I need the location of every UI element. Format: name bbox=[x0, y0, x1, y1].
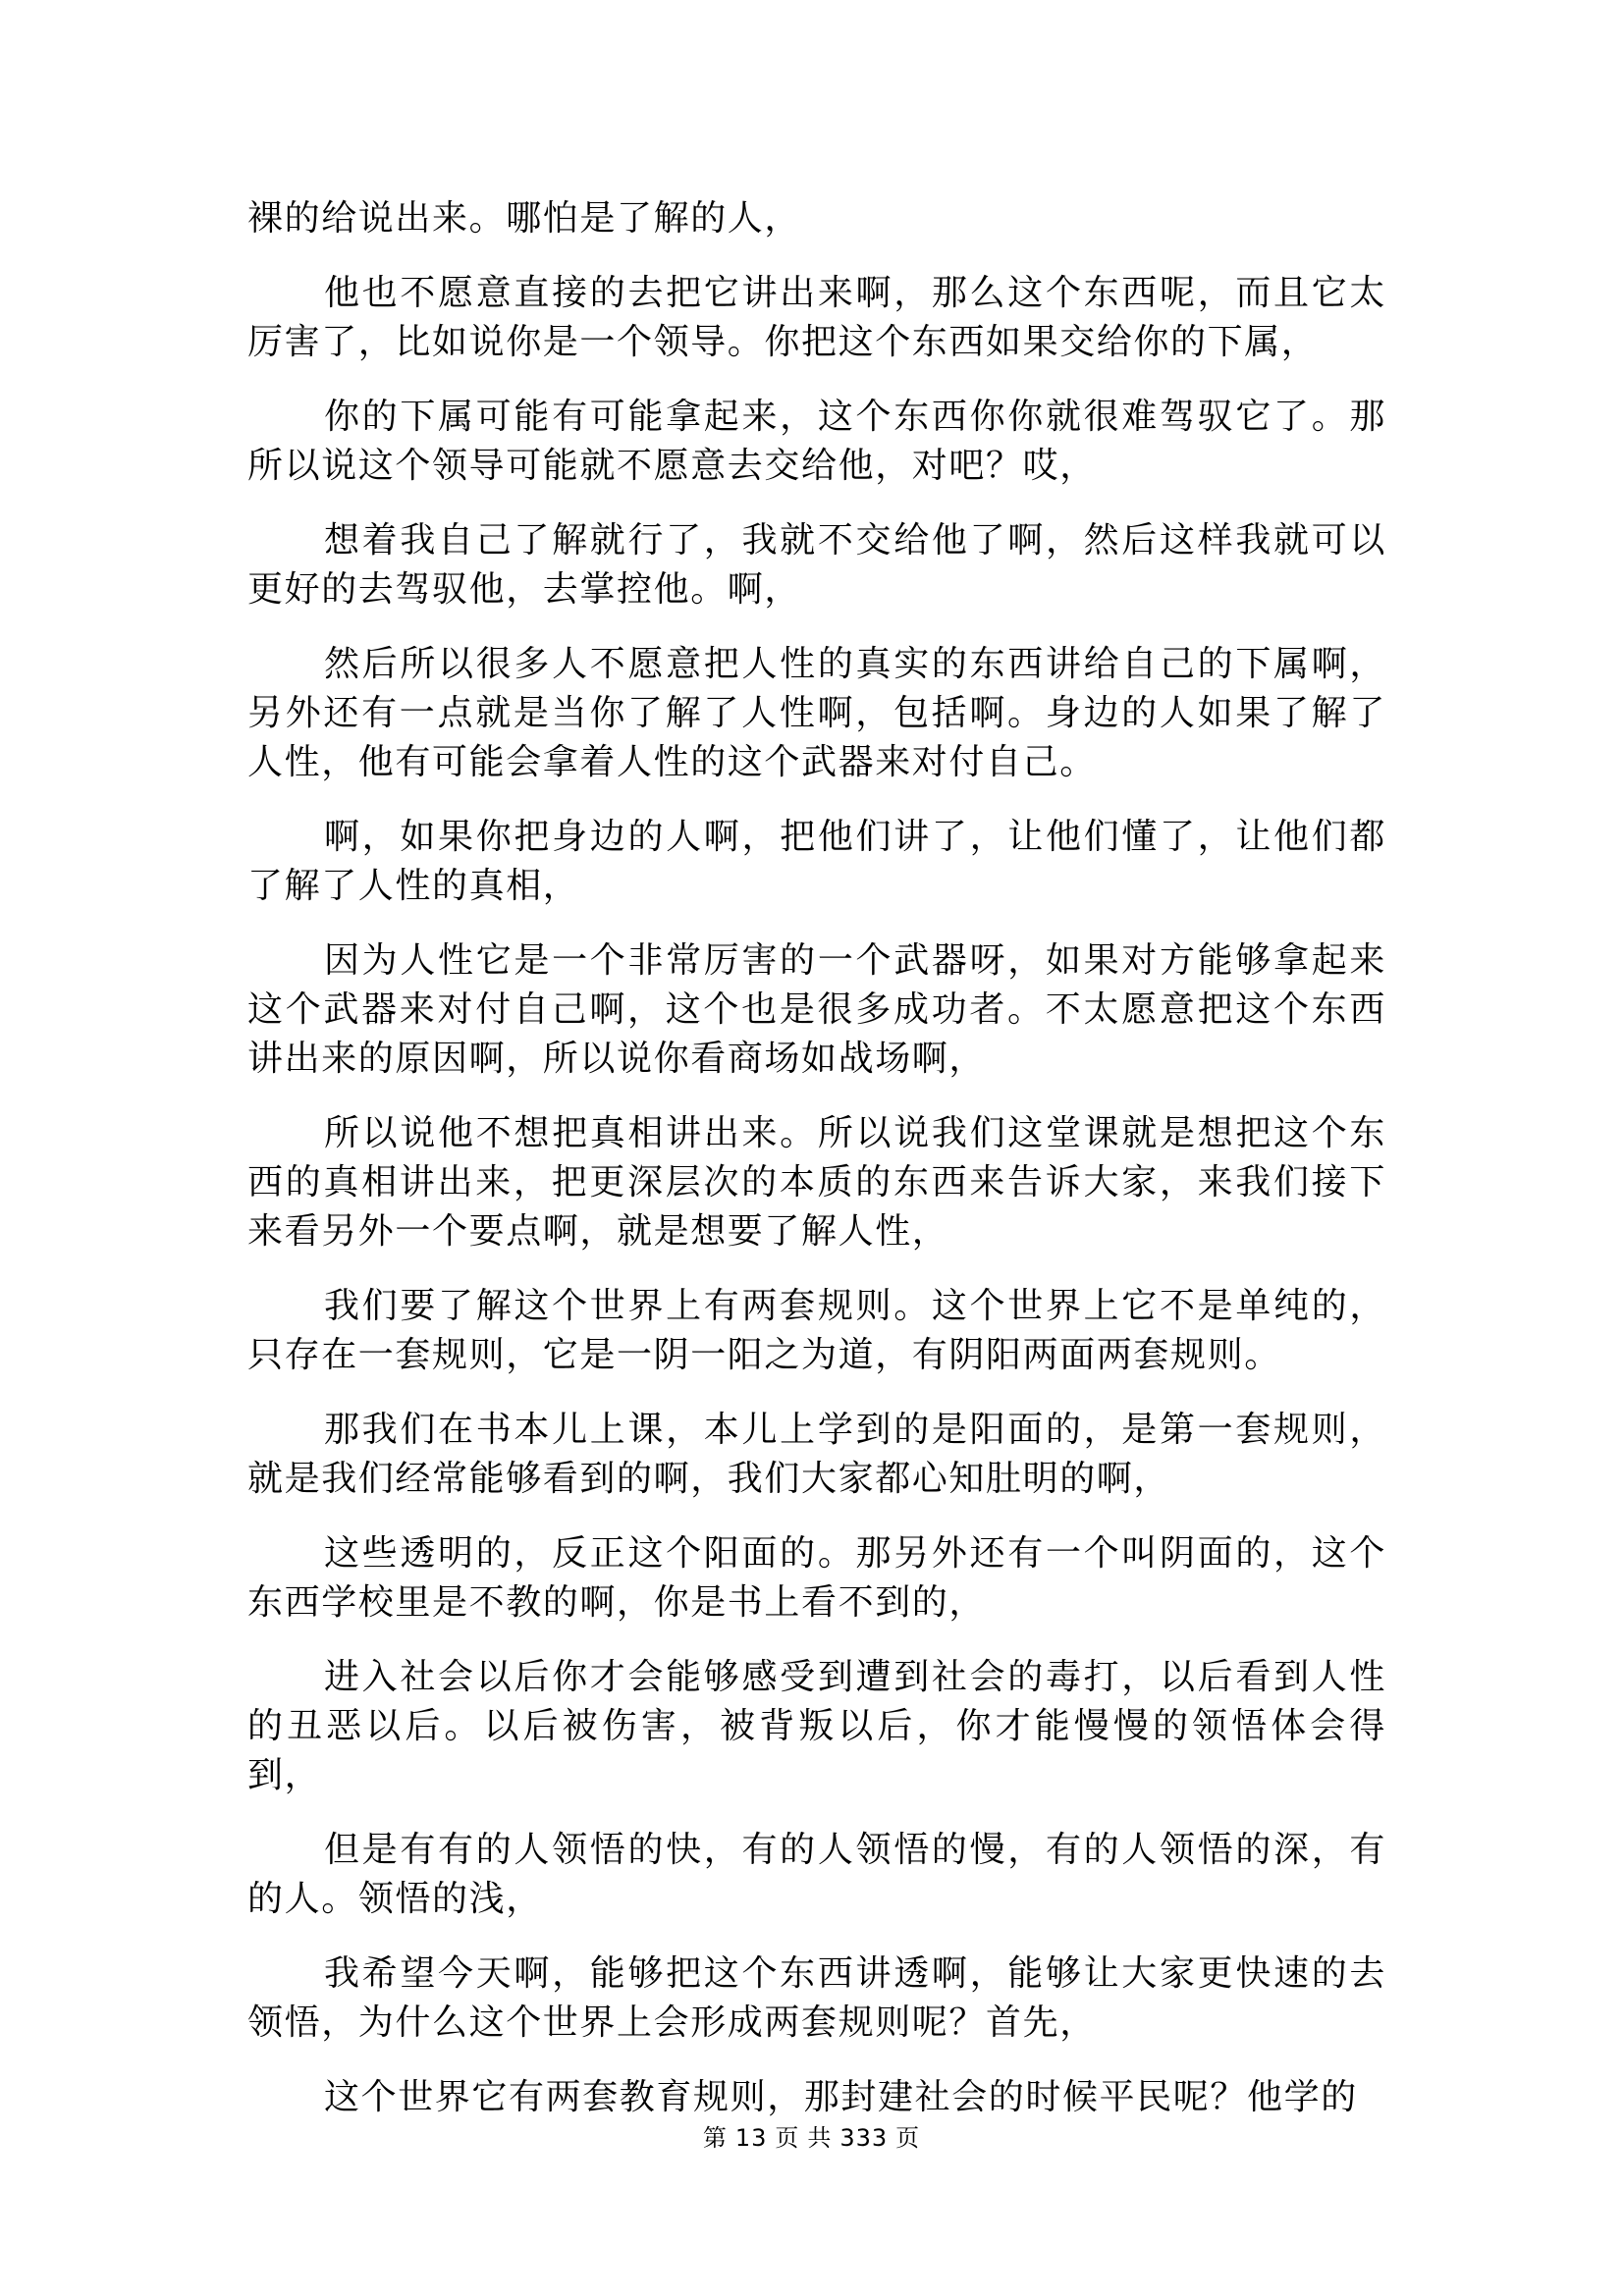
paragraph: 这个世界它有两套教育规则，那封建社会的时候平民呢？他学的 bbox=[247, 2073, 1386, 2122]
paragraph: 我们要了解这个世界上有两套规则。这个世界上它不是单纯的，只存在一套规则，它是一阴… bbox=[247, 1282, 1386, 1380]
paragraph: 所以说他不想把真相讲出来。所以说我们这堂课就是想把这个东西的真相讲出来，把更深层… bbox=[247, 1109, 1386, 1256]
paragraph: 这些透明的，反正这个阳面的。那另外还有一个叫阴面的，这个东西学校里是不教的啊，你… bbox=[247, 1529, 1386, 1628]
paragraph: 我希望今天啊，能够把这个东西讲透啊，能够让大家更快速的去领悟，为什么这个世界上会… bbox=[247, 1949, 1386, 2048]
footer-total-prefix: 共 bbox=[807, 2122, 832, 2154]
paragraph: 啊，如果你把身边的人啊，把他们讲了，让他们懂了，让他们都了解了人性的真相， bbox=[247, 813, 1386, 911]
paragraph: 然后所以很多人不愿意把人性的真实的东西讲给自己的下属啊，另外还有一点就是当你了解… bbox=[247, 640, 1386, 787]
paragraph: 但是有有的人领悟的快，有的人领悟的慢，有的人领悟的深，有的人。领悟的浅， bbox=[247, 1826, 1386, 1924]
paragraph: 裸的给说出来。哪怕是了解的人， bbox=[247, 194, 1386, 243]
paragraph: 你的下属可能有可能拿起来，这个东西你你就很难驾驭它了。那所以说这个领导可能就不愿… bbox=[247, 393, 1386, 491]
page-number-footer: 第13页共333页 bbox=[0, 2122, 1623, 2154]
paragraph: 他也不愿意直接的去把它讲出来啊，那么这个东西呢，而且它太厉害了，比如说你是一个领… bbox=[247, 269, 1386, 367]
paragraph: 因为人性它是一个非常厉害的一个武器呀，如果对方能够拿起来这个武器来对付自己啊，这… bbox=[247, 936, 1386, 1084]
footer-prefix: 第 bbox=[703, 2122, 728, 2154]
document-page: 裸的给说出来。哪怕是了解的人， 他也不愿意直接的去把它讲出来啊，那么这个东西呢，… bbox=[0, 0, 1623, 2296]
paragraph: 想着我自己了解就行了，我就不交给他了啊，然后这样我就可以更好的去驾驭他，去掌控他… bbox=[247, 516, 1386, 614]
footer-total-label: 页 bbox=[895, 2122, 920, 2154]
page-body: 裸的给说出来。哪怕是了解的人， 他也不愿意直接的去把它讲出来啊，那么这个东西呢，… bbox=[247, 194, 1386, 2148]
paragraph: 进入社会以后你才会能够感受到遭到社会的毒打，以后看到人性的丑恶以后。以后被伤害，… bbox=[247, 1653, 1386, 1800]
total-page-count: 333 bbox=[839, 2122, 888, 2154]
paragraph: 那我们在书本儿上课，本儿上学到的是阳面的，是第一套规则，就是我们经常能够看到的啊… bbox=[247, 1406, 1386, 1504]
current-page-number: 13 bbox=[735, 2122, 768, 2154]
footer-page-label: 页 bbox=[775, 2122, 799, 2154]
